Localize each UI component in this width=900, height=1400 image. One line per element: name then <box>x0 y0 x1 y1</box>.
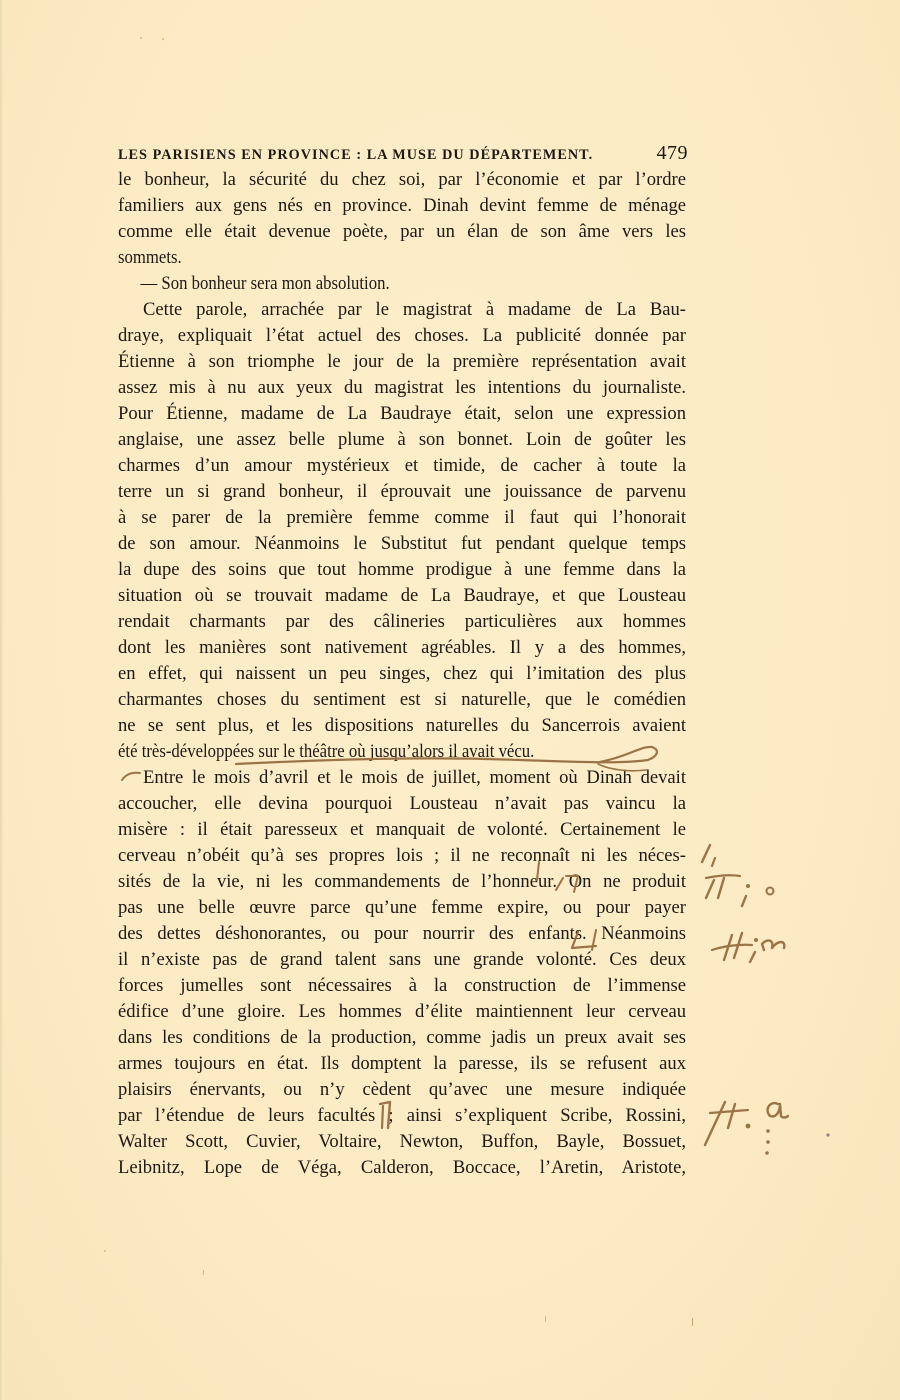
text-line: terre un si grand bonheur, il éprouvait … <box>118 479 686 505</box>
text-line: misère : il était paresseux et manquait … <box>118 817 686 843</box>
text-line: Leibnitz, Lope de Véga, Calderon, Boccac… <box>118 1155 686 1181</box>
text-line: sommets. <box>118 245 629 271</box>
text-line: il n’existe pas de grand talent sans une… <box>118 947 686 973</box>
margin-mark-slash-comma <box>702 845 715 866</box>
page-number: 479 <box>657 142 689 165</box>
text-line: la dupe des soins que tout homme prodigu… <box>118 557 686 583</box>
text-line: forces jumelles sont nécessaires à la co… <box>118 973 686 999</box>
text-line: plaisirs énervants, ou n’y cèdent qu’ave… <box>118 1077 686 1103</box>
text-line: Walter Scott, Cuvier, Voltaire, Newton, … <box>118 1129 686 1155</box>
text-line: le bonheur, la sécurité du chez soi, par… <box>118 167 686 193</box>
text-line: ne se sent plus, et les dispositions nat… <box>118 713 686 739</box>
paper-speck <box>203 1270 204 1275</box>
text-line: Cette parole, arrachée par le magistrat … <box>118 297 686 323</box>
text-line: sités de la vie, ni les commandements de… <box>118 869 686 895</box>
paper-speck <box>104 1250 106 1252</box>
text-line: anglaise, une assez belle plume à son bo… <box>118 427 686 453</box>
text-line: accoucher, elle devina pourquoi Lousteau… <box>118 791 686 817</box>
text-line: charmantes choses du sentiment est si na… <box>118 687 686 713</box>
text-line: cerveau n’obéit qu’à ses propres lois ; … <box>118 843 686 869</box>
text-line: en effet, qui naissent un peu singes, ch… <box>118 661 686 687</box>
running-title: LES PARISIENS EN PROVINCE : LA MUSE DU D… <box>118 147 593 164</box>
text-line: Étienne à son triomphe le jour de la pre… <box>118 349 686 375</box>
text-line: rendait charmants par des câlineries par… <box>118 609 686 635</box>
text-line: armes toujours en état. Ils domptent la … <box>118 1051 686 1077</box>
running-head: LES PARISIENS EN PROVINCE : LA MUSE DU D… <box>118 142 688 164</box>
text-line: été très-développées sur le théâtre où j… <box>118 739 629 765</box>
text-line: draye, expliquait l’état actuel des chos… <box>118 323 686 349</box>
paper-speck <box>162 38 164 40</box>
paper-speck <box>140 37 142 39</box>
margin-mark-ff-semicolon-n <box>712 933 784 962</box>
text-line: à se parer de la première femme comme il… <box>118 505 686 531</box>
text-line: Entre le mois d’avril et le mois de juil… <box>118 765 686 791</box>
text-line: par l’étendue de leurs facultés ; ainsi … <box>118 1103 686 1129</box>
text-line: pas une belle œuvre parce qu’une femme e… <box>118 895 686 921</box>
margin-mark-ff-semicolon-o <box>706 875 774 906</box>
text-line: de son amour. Néanmoins le Substitut fut… <box>118 531 686 557</box>
margin-mark-ff-period-a <box>705 1102 830 1155</box>
paper-speck <box>692 1318 693 1326</box>
paper-speck <box>545 1316 546 1322</box>
text-line: édifice d’une gloire. Les hommes d’élite… <box>118 999 686 1025</box>
text-line: situation où se trouvait madame de La Ba… <box>118 583 686 609</box>
text-line: des dettes déshonorantes, ou pour nourri… <box>118 921 686 947</box>
text-line: comme elle était devenue poète, par un é… <box>118 219 686 245</box>
book-page: LES PARISIENS EN PROVINCE : LA MUSE DU D… <box>0 0 900 1400</box>
text-line: Pour Étienne, madame de La Baudraye étai… <box>118 401 686 427</box>
body-text: le bonheur, la sécurité du chez soi, par… <box>118 167 686 1181</box>
text-line: dont les manières sont nativement agréab… <box>118 635 686 661</box>
text-line: charmes d’un amour mystérieux et timide,… <box>118 453 686 479</box>
text-line: assez mis à nu aux yeux du magistrat les… <box>118 375 686 401</box>
text-line: — Son bonheur sera mon absolution. <box>118 271 629 297</box>
text-line: familiers aux gens nés en province. Dina… <box>118 193 686 219</box>
text-line: dans les conditions de la production, co… <box>118 1025 686 1051</box>
page-edge-shadow <box>0 0 4 1400</box>
margin-mark-ff-semicolon-o <box>706 878 724 898</box>
